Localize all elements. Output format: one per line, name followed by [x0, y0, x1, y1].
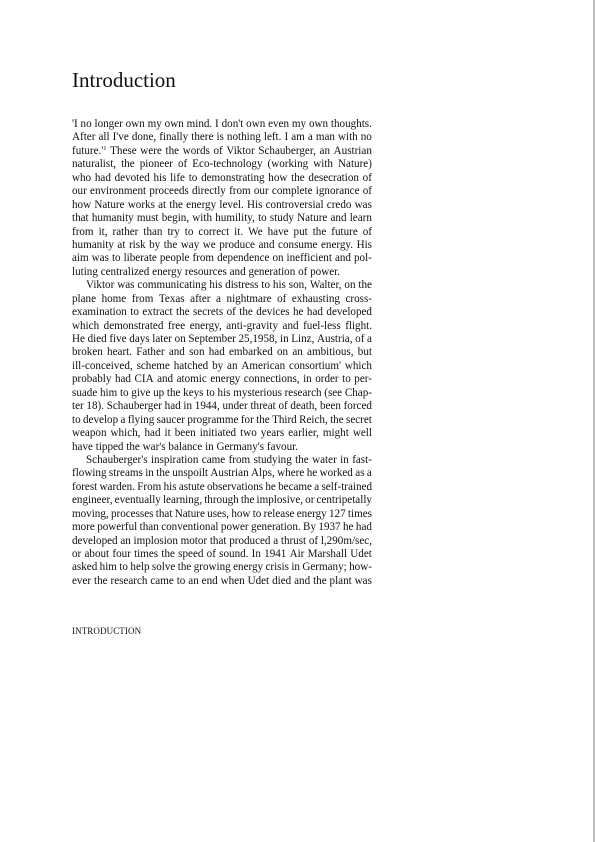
text-line: ill-conceived,schemehatchedbyanAmericanc…	[72, 360, 372, 373]
paragraph: Schauberger'sinspirationcamefromstudying…	[72, 454, 372, 588]
text-line: developedanimplosionmotorthatproducedath…	[72, 535, 372, 548]
chapter-title: Introduction	[72, 66, 176, 94]
text-line: forestwarden.Fromhisastuteobservationshe…	[72, 481, 372, 494]
text-line: askedhimtohelpsolvethegrowingenergycrisi…	[72, 561, 372, 574]
text-line: planehomefromTexasafteranightmareofexhau…	[72, 293, 372, 306]
text-line: future.'1ThesewerethewordsofViktorSchaub…	[72, 145, 372, 158]
text-line: brokenheart.Fatherandsonhadembarkedonana…	[72, 346, 372, 359]
text-line: humanityatriskbythewayweproduceandconsum…	[72, 239, 372, 252]
text-line: examinationtoextractthesecretsofthedevic…	[72, 306, 372, 319]
text-line: lutingcentralizedenergyresourcesandgener…	[72, 266, 372, 279]
text-line: suadehimtogiveupthekeystohismysteriousre…	[72, 387, 372, 400]
text-line: thathumanitymustbegin,withhumility,tostu…	[72, 212, 372, 225]
text-line: 'Inolongerownmyownmind.Idon'townevenmyow…	[72, 118, 372, 131]
text-line: aimwastoliberatepeoplefromdependenceonin…	[72, 252, 372, 265]
paragraph: 'Inolongerownmyownmind.Idon'townevenmyow…	[72, 118, 372, 279]
text-line: ourenvironmentproceedsdirectlyfromourcom…	[72, 185, 372, 198]
paragraph: Viktorwascommunicatinghisdistresstohisso…	[72, 279, 372, 454]
text-line: ter18).Schaubergerhadin1944,underthreato…	[72, 400, 372, 413]
text-line: oraboutfourtimesthespeedofsound.In1941Ai…	[72, 548, 372, 561]
text-line: whichdemonstratedfreeenergy,anti-gravity…	[72, 320, 372, 333]
running-footer: INTRODUCTION	[72, 626, 141, 636]
text-line: morepowerfulthanconventionalpowergenerat…	[72, 521, 372, 534]
text-line: AfterallI'vedone,finallythereisnothingle…	[72, 131, 372, 144]
text-line: flowingstreamsintheunspoiltAustrianAlps,…	[72, 467, 372, 480]
text-line: havetippedthewar'sbalanceinGermany'sfavo…	[72, 441, 372, 454]
body-text: 'Inolongerownmyownmind.Idon'townevenmyow…	[72, 118, 372, 588]
text-line: weaponwhich,haditbeeninitiatedtwoyearsea…	[72, 427, 372, 440]
text-line: evertheresearchcametoanendwhenUdetdiedan…	[72, 575, 372, 588]
text-line: whohaddevotedhislifetodemonstratinghowth…	[72, 172, 372, 185]
text-line: Viktorwascommunicatinghisdistresstohisso…	[72, 279, 372, 292]
text-line: HediedfivedayslateronSeptember25,1958,in…	[72, 333, 372, 346]
text-line: todevelopaflyingsaucerprogrammefortheThi…	[72, 414, 372, 427]
footnote-marker: 1	[103, 145, 106, 152]
text-line: engineer,eventuallylearning,throughtheim…	[72, 494, 372, 507]
text-line: Schauberger'sinspirationcamefromstudying…	[72, 454, 372, 467]
text-line: naturalist,thepioneerofEco-technology(wo…	[72, 158, 372, 171]
text-line: howNatureworksattheenergylevel.Hiscontro…	[72, 199, 372, 212]
text-line: fromit,ratherthantrytocorrectit.Wehavepu…	[72, 226, 372, 239]
text-line: probablyhadCIAandatomicenergyconnections…	[72, 373, 372, 386]
text-line: moving,processesthatNatureuses,howtorele…	[72, 508, 372, 521]
